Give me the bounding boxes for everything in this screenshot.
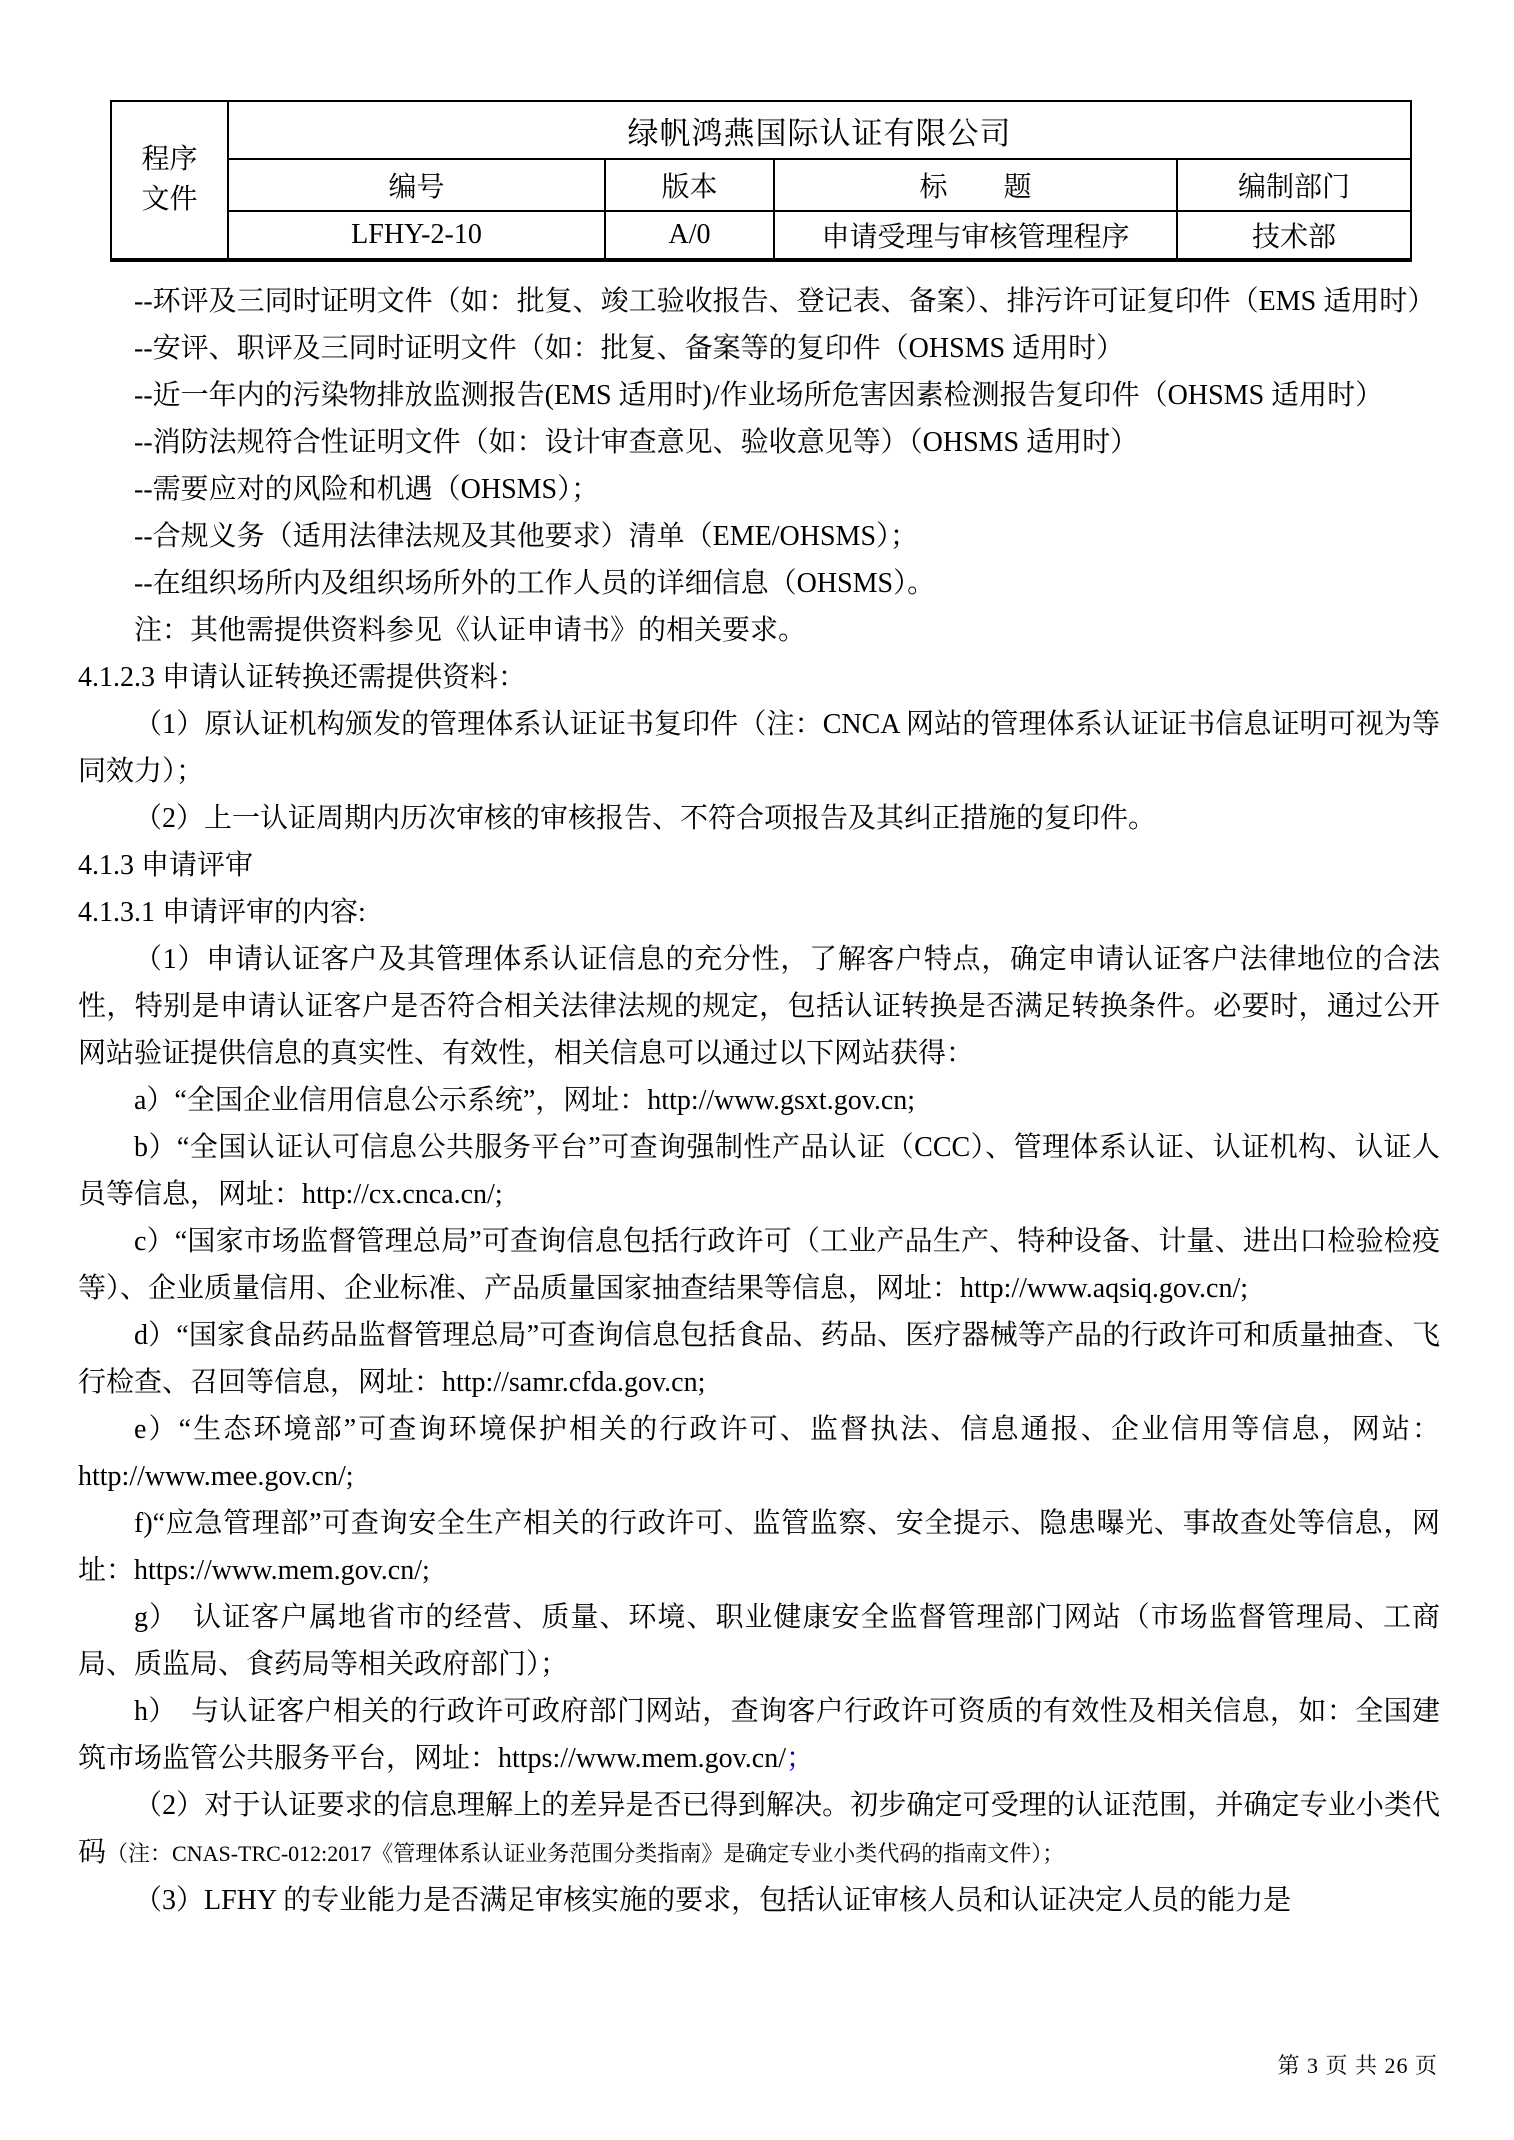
paragraph-text: --消防法规符合性证明文件（如：设计审查意见、验收意见等）（OHSMS 适用时）: [134, 427, 1138, 458]
dept-label: 编制部门: [1177, 159, 1411, 211]
paragraph-text: h） 与认证客户相关的行政许可政府部门网站，查询客户行政许可资质的有效性及相关信…: [78, 1696, 1440, 1774]
document-body: --环评及三同时证明文件（如：批复、竣工验收报告、登记表、备案）、排污许可证复印…: [78, 278, 1440, 1924]
header-row-labels: 编号 版本 标 题 编制部门: [111, 159, 1411, 211]
paragraph-text: d）“国家食品药品监督管理总局”可查询信息包括食品、药品、医疗器械等产品的行政许…: [78, 1320, 1440, 1398]
document-page: 程序 文件 绿帆鸿燕国际认证有限公司 编号 版本 标 题 编制部门 LFHY-2…: [0, 0, 1514, 2140]
doc-dept-value: 技术部: [1177, 211, 1411, 260]
para-pingshen-1: （1）申请认证客户及其管理体系认证信息的充分性，了解客户特点，确定申请认证客户法…: [78, 936, 1440, 1077]
paragraph-text: --在组织场所内及组织场所外的工作人员的详细信息（OHSMS）。: [134, 568, 935, 599]
paragraph-text: e）“生态环境部”可查询环境保护相关的行政许可、监督执法、信息通报、企业信用等信…: [78, 1414, 1440, 1492]
para-note: 注：其他需提供资料参见《认证申请书》的相关要求。: [78, 607, 1440, 654]
paragraph-text: --环评及三同时证明文件（如：批复、竣工验收报告、登记表、备案）、排污许可证复印…: [134, 286, 1435, 317]
header-row-company: 程序 文件 绿帆鸿燕国际认证有限公司: [111, 101, 1411, 159]
para-ems-sanTongShi: --环评及三同时证明文件（如：批复、竣工验收报告、登记表、备案）、排污许可证复印…: [78, 278, 1440, 325]
para-fengxian: --需要应对的风险和机遇（OHSMS）；: [78, 466, 1440, 513]
heading-4-1-2-3: 4.1.2.3 申请认证转换还需提供资料：: [78, 654, 1440, 701]
para-site-c: c）“国家市场监督管理总局”可查询信息包括行政许可（工业产品生产、特种设备、计量…: [78, 1218, 1440, 1312]
para-jiance-baogao: --近一年内的污染物排放监测报告(EMS 适用时)/作业场所危害因素检测报告复印…: [78, 372, 1440, 419]
title-label: 标 题: [774, 159, 1177, 211]
doc-number-value: LFHY-2-10: [228, 211, 605, 260]
para-site-b: b）“全国认证认可信息公共服务平台”可查询强制性产品认证（CCC）、管理体系认证…: [78, 1124, 1440, 1218]
paragraph-text-blue: ；: [786, 1743, 814, 1774]
paragraph-text: （2）上一认证周期内历次审核的审核报告、不符合项报告及其纠正措施的复印件。: [134, 803, 1156, 834]
paragraph-text: 4.1.3.1 申请评审的内容:: [78, 897, 366, 928]
paragraph-text: 注：其他需提供资料参见《认证申请书》的相关要求。: [134, 615, 806, 646]
heading-4-1-3-1: 4.1.3.1 申请评审的内容:: [78, 889, 1440, 936]
paragraph-text: --需要应对的风险和机遇（OHSMS）；: [134, 474, 599, 505]
para-pingshen-2: （2）对于认证要求的信息理解上的差异是否已得到解决。初步确定可受理的认证范围，并…: [78, 1782, 1440, 1877]
paragraph-text: （1）原认证机构颁发的管理体系认证证书复印件（注：CNCA 网站的管理体系认证证…: [78, 709, 1440, 787]
paragraph-text: --近一年内的污染物排放监测报告(EMS 适用时)/作业场所危害因素检测报告复印…: [134, 380, 1383, 411]
para-site-h: h） 与认证客户相关的行政许可政府部门网站，查询客户行政许可资质的有效性及相关信…: [78, 1688, 1440, 1782]
para-site-g: g） 认证客户属地省市的经营、质量、环境、职业健康安全监督管理部门网站（市场监督…: [78, 1594, 1440, 1688]
paragraph-text: a）“全国企业信用信息公示系统”，网址：http://www.gsxt.gov.…: [134, 1085, 915, 1116]
para-zhuanhuan-1: （1）原认证机构颁发的管理体系认证证书复印件（注：CNCA 网站的管理体系认证证…: [78, 701, 1440, 795]
para-site-e: e）“生态环境部”可查询环境保护相关的行政许可、监督执法、信息通报、企业信用等信…: [78, 1406, 1440, 1500]
heading-4-1-3: 4.1.3 申请评审: [78, 842, 1440, 889]
page-number: 第 3 页 共 26 页: [1277, 2053, 1438, 2078]
company-name: 绿帆鸿燕国际认证有限公司: [228, 101, 1411, 159]
paragraph-text: （3）LFHY 的专业能力是否满足审核实施的要求，包括认证审核人员和认证决定人员…: [134, 1885, 1291, 1916]
para-site-d: d）“国家食品药品监督管理总局”可查询信息包括食品、药品、医疗器械等产品的行政许…: [78, 1312, 1440, 1406]
paragraph-text: f)“应急管理部”可查询安全生产相关的行政许可、监管监察、安全提示、隐患曝光、事…: [78, 1508, 1440, 1586]
para-site-f: f)“应急管理部”可查询安全生产相关的行政许可、监管监察、安全提示、隐患曝光、事…: [78, 1500, 1440, 1594]
number-label: 编号: [228, 159, 605, 211]
para-renyuan-xinxi: --在组织场所内及组织场所外的工作人员的详细信息（OHSMS）。: [78, 560, 1440, 607]
paragraph-text: g） 认证客户属地省市的经营、质量、环境、职业健康安全监督管理部门网站（市场监督…: [78, 1602, 1440, 1680]
doc-version-value: A/0: [605, 211, 774, 260]
paragraph-text: --合规义务（适用法律法规及其他要求）清单（EME/OHSMS）；: [134, 521, 918, 552]
version-label: 版本: [605, 159, 774, 211]
paragraph-text: 4.1.2.3 申请认证转换还需提供资料：: [78, 662, 526, 693]
para-site-a: a）“全国企业信用信息公示系统”，网址：http://www.gsxt.gov.…: [78, 1077, 1440, 1124]
doc-title-value: 申请受理与审核管理程序: [774, 211, 1177, 260]
para-hegui: --合规义务（适用法律法规及其他要求）清单（EME/OHSMS）；: [78, 513, 1440, 560]
page-footer: 第 3 页 共 26 页: [1277, 2049, 1438, 2080]
paragraph-text: c）“国家市场监督管理总局”可查询信息包括行政许可（工业产品生产、特种设备、计量…: [78, 1226, 1440, 1304]
document-header-table: 程序 文件 绿帆鸿燕国际认证有限公司 编号 版本 标 题 编制部门 LFHY-2…: [110, 100, 1412, 262]
header-row-values: LFHY-2-10 A/0 申请受理与审核管理程序 技术部: [111, 211, 1411, 260]
para-pingshen-3: （3）LFHY 的专业能力是否满足审核实施的要求，包括认证审核人员和认证决定人员…: [78, 1877, 1440, 1924]
para-zhuanhuan-2: （2）上一认证周期内历次审核的审核报告、不符合项报告及其纠正措施的复印件。: [78, 795, 1440, 842]
paragraph-text: --安评、职评及三同时证明文件（如：批复、备案等的复印件（OHSMS 适用时）: [134, 333, 1124, 364]
paragraph-text-small: （注：CNAS-TRC-012:2017《管理体系认证业务范围分类指南》是确定专…: [106, 1841, 1064, 1866]
paragraph-text: （1）申请认证客户及其管理体系认证信息的充分性，了解客户特点，确定申请认证客户法…: [78, 944, 1440, 1069]
para-xiaofang: --消防法规符合性证明文件（如：设计审查意见、验收意见等）（OHSMS 适用时）: [78, 419, 1440, 466]
para-anping: --安评、职评及三同时证明文件（如：批复、备案等的复印件（OHSMS 适用时）: [78, 325, 1440, 372]
doc-type-cell: 程序 文件: [111, 101, 228, 260]
paragraph-text: 4.1.3 申请评审: [78, 850, 253, 881]
paragraph-text: b）“全国认证认可信息公共服务平台”可查询强制性产品认证（CCC）、管理体系认证…: [78, 1132, 1440, 1210]
